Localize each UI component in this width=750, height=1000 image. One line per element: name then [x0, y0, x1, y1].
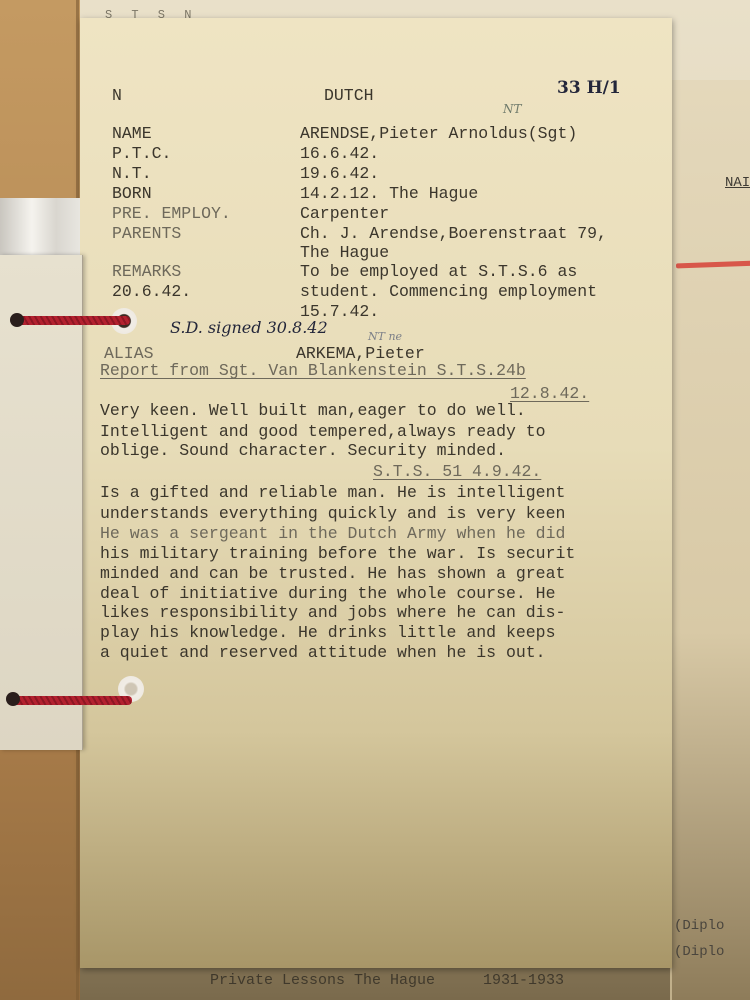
report-line: minded and can be trusted. He has shown … — [100, 564, 565, 584]
bottom-sheet-years: 1931-1933 — [483, 972, 564, 989]
bottom-sheet-text: Private Lessons The Hague — [210, 972, 435, 989]
right-sheet-heading: NAI — [725, 175, 750, 191]
report-heading: S.T.S. 51 4.9.42. — [373, 462, 541, 482]
field-label-ptc: P.T.C. — [112, 144, 171, 164]
binder-string — [12, 696, 132, 705]
bottom-sheet-line: Private Lessons The Hague1931-1933 — [210, 972, 564, 989]
field-label-nt: N.T. — [112, 164, 152, 184]
field-label-parents: PARENTS — [112, 224, 181, 244]
alias-annotation: NT ne — [368, 330, 402, 343]
section-letter: N — [112, 86, 122, 106]
field-value-name: ARENDSE,Pieter Arnoldus(Sgt) — [300, 124, 577, 144]
field-label-born: BORN — [112, 184, 152, 204]
field-value-nt: 19.6.42. — [300, 164, 379, 184]
field-label-remarks: REMARKS — [112, 262, 181, 282]
field-value-ptc: 16.6.42. — [300, 144, 379, 164]
field-value-born: 14.2.12. The Hague — [300, 184, 478, 204]
field-value-remarks: To be employed at S.T.S.6 as — [300, 262, 577, 282]
report-line: a quiet and reserved attitude when he is… — [100, 643, 546, 663]
string-knot — [10, 313, 24, 327]
string-knot — [6, 692, 20, 706]
right-sheet-line: (Diplo — [674, 918, 724, 934]
report-heading: Report from Sgt. Van Blankenstein S.T.S.… — [100, 361, 526, 381]
report-line: deal of initiative during the whole cour… — [100, 584, 555, 604]
field-value-pre-employ: Carpenter — [300, 204, 389, 224]
report-line: oblige. Sound character. Security minded… — [100, 441, 506, 461]
field-value-parents: Ch. J. Arendse,Boerenstraat 79, — [300, 224, 607, 244]
sd-signed-annotation: S.D. signed 30.8.42 — [170, 318, 328, 337]
field-value-remarks-cont: student. Commencing employment — [300, 282, 597, 302]
report-line: play his knowledge. He drinks little and… — [100, 623, 555, 643]
report-line: He was a sergeant in the Dutch Army when… — [100, 524, 565, 544]
nationality: DUTCH — [324, 86, 374, 106]
report-line: likes responsibility and jobs where he c… — [100, 603, 565, 623]
report-line: Intelligent and good tempered,always rea… — [100, 422, 546, 442]
field-label-pre-employ: PRE. EMPLOY. — [112, 204, 231, 224]
field-label-name: NAME — [112, 124, 152, 144]
name-annotation: NT — [503, 102, 522, 116]
right-sheet-line: (Diplo — [674, 944, 724, 960]
field-label-remarks-date: 20.6.42. — [112, 282, 191, 302]
report-line: Very keen. Well built man,eager to do we… — [100, 401, 526, 421]
report-line: Is a gifted and reliable man. He is inte… — [100, 483, 565, 503]
record-card: N DUTCH 33 H/1 NAME P.T.C. N.T. BORN PRE… — [80, 18, 672, 968]
field-value-parents-cont: The Hague — [300, 243, 389, 263]
binder-string — [18, 316, 130, 325]
report-line: understands everything quickly and is ve… — [100, 504, 565, 524]
binder-flap — [0, 255, 83, 750]
plastic-sleeve — [0, 198, 80, 258]
right-sheet — [670, 80, 750, 1000]
report-line: his military training before the war. Is… — [100, 544, 575, 564]
file-reference: 33 H/1 — [557, 78, 621, 98]
